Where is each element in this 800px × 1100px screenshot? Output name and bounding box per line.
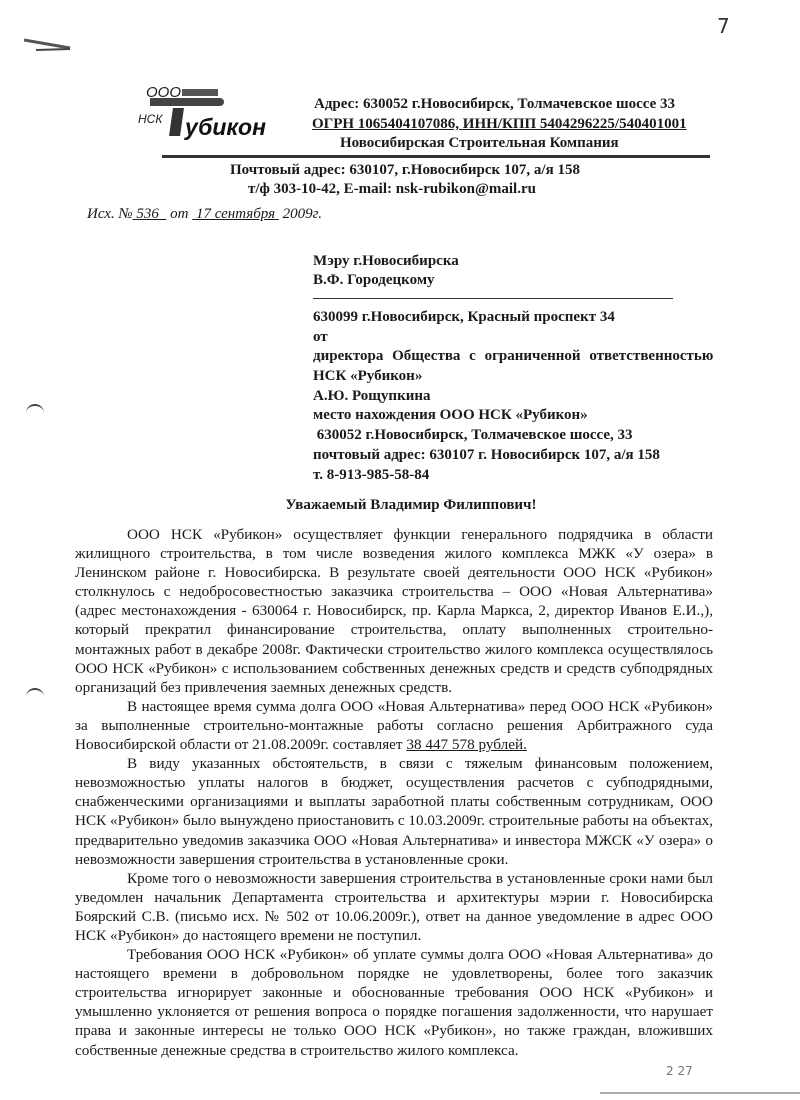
punch-hole-mark — [26, 688, 44, 698]
contact-info: т/ф 303-10-42, E-mail: nsk-rubikon@mail.… — [0, 181, 792, 198]
outgoing-from: от — [170, 206, 188, 222]
logo-bar — [150, 98, 224, 106]
recipient-name: В.Ф. Городецкому — [313, 271, 459, 290]
company-logo: ООО НСК убикон — [138, 84, 298, 154]
sender-location-address: 630052 г.Новосибирск, Толмачевское шоссе… — [313, 426, 713, 446]
sender-company: НСК «Рубикон» — [313, 367, 713, 387]
sender-block: 630099 г.Новосибирск, Красный проспект 3… — [313, 308, 713, 485]
letterhead-divider — [162, 155, 710, 158]
logo-nsk-text: НСК — [138, 112, 162, 126]
salutation: Уважаемый Владимир Филиппович! — [0, 497, 800, 514]
recipient-divider — [313, 298, 673, 299]
sender-position: директора Общества с ограниченной ответс… — [313, 347, 713, 367]
recipient-title: Мэру г.Новосибирска — [313, 252, 459, 271]
sender-phone: т. 8-913-985-58-84 — [313, 466, 713, 486]
body-paragraph: В настоящее время сумма долга ООО «Новая… — [75, 697, 713, 754]
outgoing-date: 17 сентября — [192, 206, 279, 222]
logo-bar — [182, 89, 218, 96]
sender-postal: почтовый адрес: 630107 г. Новосибирск 10… — [313, 446, 713, 466]
handwritten-page-number: 7 — [717, 14, 730, 38]
outgoing-prefix: Исх. № — [87, 206, 133, 222]
body-paragraph: В виду указанных обстоятельств, в связи … — [75, 754, 713, 869]
punch-hole-mark — [26, 404, 44, 414]
logo-name-text: убикон — [185, 114, 266, 141]
body-paragraph: Требования ООО НСК «Рубикон» об уплате с… — [75, 945, 713, 1060]
recipient-block: Мэру г.Новосибирска В.Ф. Городецкому — [313, 252, 459, 290]
sender-location-label: место нахождения ООО НСК «Рубикон» — [313, 406, 713, 426]
letterhead-registration: ОГРН 1065404107086, ИНН/КПП 5404296225/5… — [312, 116, 687, 133]
debt-amount: 38 447 578 рублей. — [406, 736, 527, 753]
letterhead-company-name: Новосибирская Строительная Компания — [340, 135, 619, 152]
recipient-address: 630099 г.Новосибирск, Красный проспект 3… — [313, 308, 713, 328]
letterhead-address: Адрес: 630052 г.Новосибирск, Толмачевско… — [314, 96, 675, 113]
postal-address: Почтовый адрес: 630107, г.Новосибирск 10… — [5, 162, 800, 179]
letter-body: ООО НСК «Рубикон» осуществляет функции г… — [75, 525, 713, 1060]
sender-from: от — [313, 328, 713, 348]
outgoing-year: 2009г. — [283, 206, 322, 222]
sender-name: А.Ю. Рощупкина — [313, 387, 713, 407]
body-paragraph: ООО НСК «Рубикон» осуществляет функции г… — [75, 525, 713, 697]
body-paragraph: Кроме того о невозможности завершения ст… — [75, 869, 713, 945]
scan-edge-line — [600, 1092, 800, 1094]
outgoing-number: 536 — [133, 206, 167, 222]
scan-artifact-mark — [24, 38, 74, 52]
handwritten-bottom-note: 2 27 — [666, 1064, 693, 1078]
outgoing-reference: Исх. № 536 от 17 сентября 2009г. — [87, 206, 322, 223]
logo-r-stem — [169, 108, 184, 136]
